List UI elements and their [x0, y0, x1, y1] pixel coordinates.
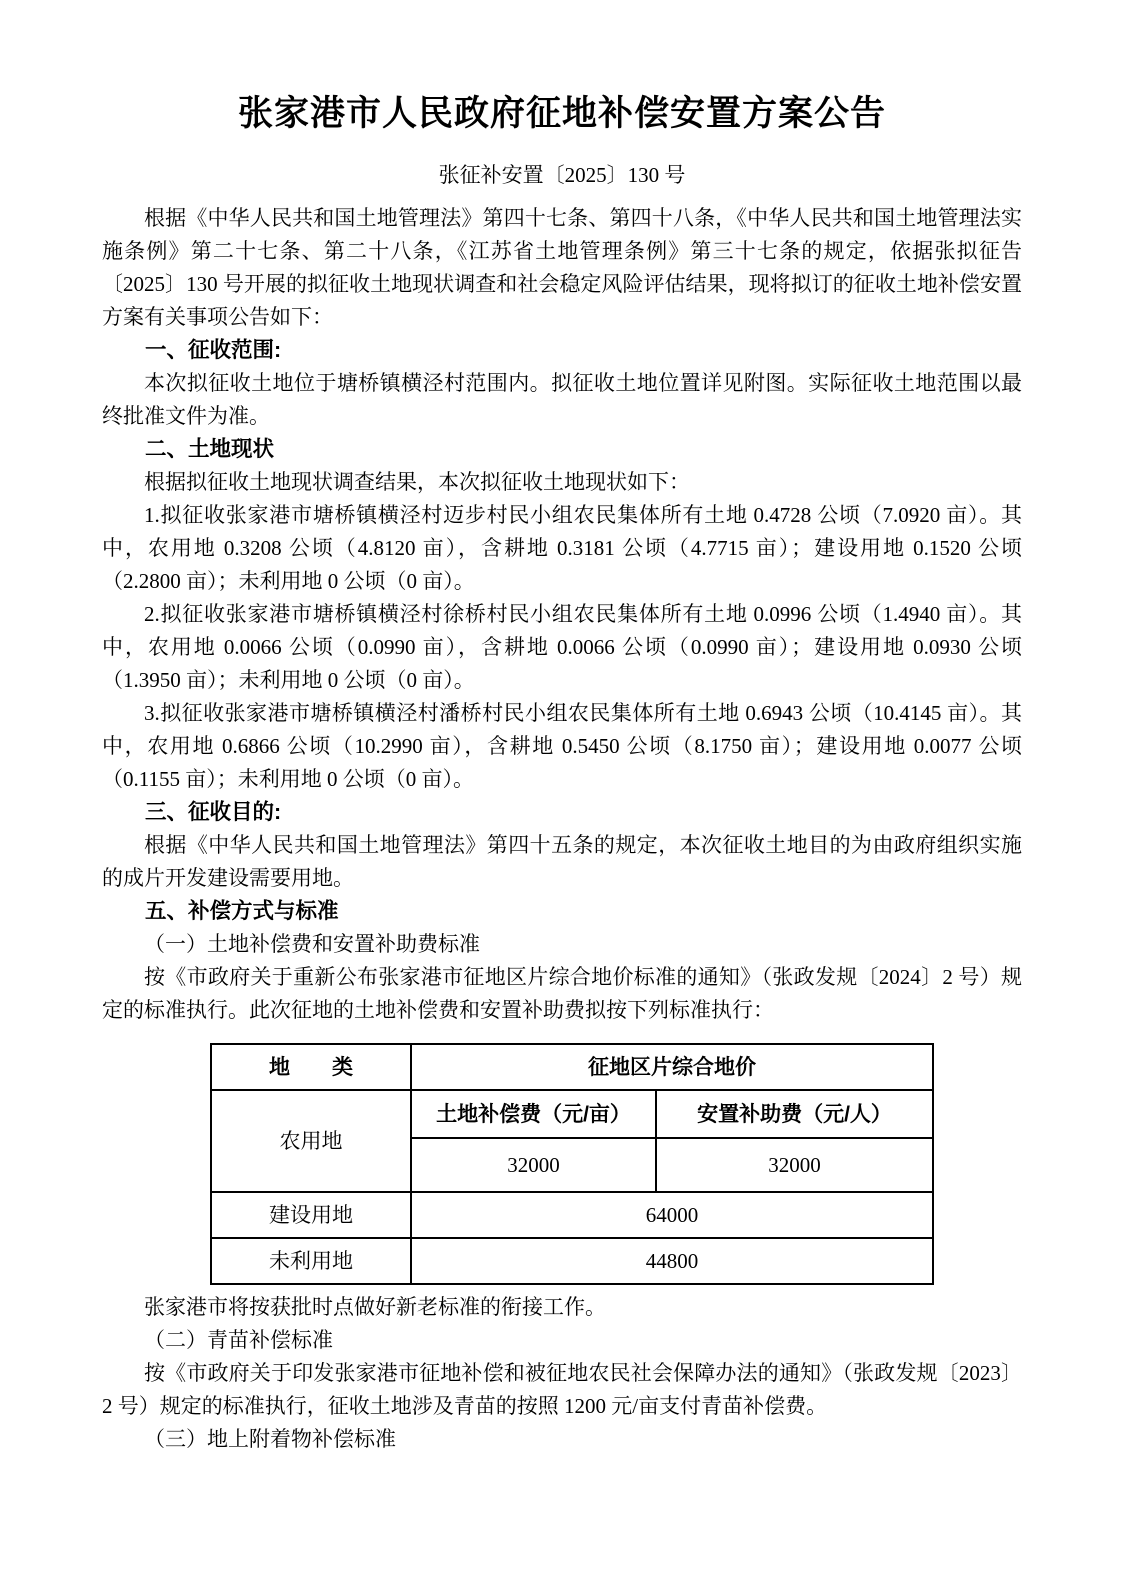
- paragraph-status-item-3: 3.拟征收张家港市塘桥镇横泾村潘桥村民小组农民集体所有土地 0.6943 公顷（…: [102, 697, 1022, 796]
- table-cell-unused-value: 44800: [411, 1238, 933, 1284]
- heading-scope: 一、征收范围:: [102, 334, 1022, 367]
- document-page: 张家港市人民政府征地补偿安置方案公告 张征补安置〔2025〕130 号 根据《中…: [0, 0, 1122, 1587]
- table-header-land-type: 地 类: [211, 1044, 411, 1090]
- table-header-land-compensation: 土地补偿费（元/亩）: [411, 1090, 656, 1138]
- table-header-comprehensive-price: 征地区片综合地价: [411, 1044, 933, 1090]
- paragraph-status-item-1: 1.拟征收张家港市塘桥镇横泾村迈步村民小组农民集体所有土地 0.4728 公顷（…: [102, 499, 1022, 598]
- paragraph-scope: 本次拟征收土地位于塘桥镇横泾村范围内。拟征收土地位置详见附图。实际征收土地范围以…: [102, 367, 1022, 433]
- paragraph-seedling: 按《市政府关于印发张家港市征地补偿和被征地农民社会保障办法的通知》（张政发规〔2…: [102, 1357, 1022, 1423]
- paragraph-status-item-2: 2.拟征收张家港市塘桥镇横泾村徐桥村民小组农民集体所有土地 0.0996 公顷（…: [102, 598, 1022, 697]
- subheading-land-fee: （一）土地补偿费和安置补助费标准: [102, 928, 1022, 961]
- subheading-attachments: （三）地上附着物补偿标准: [102, 1423, 1022, 1456]
- table-cell-agricultural-resettle: 32000: [656, 1138, 933, 1192]
- table-row-subheader: 农用地 土地补偿费（元/亩） 安置补助费（元/人）: [211, 1090, 933, 1138]
- paragraph-intro: 根据《中华人民共和国土地管理法》第四十七条、第四十八条，《中华人民共和国土地管理…: [102, 202, 1022, 334]
- table-row-unused: 未利用地 44800: [211, 1238, 933, 1284]
- document-content: 张家港市人民政府征地补偿安置方案公告 张征补安置〔2025〕130 号 根据《中…: [0, 0, 1122, 1456]
- heading-purpose: 三、征收目的:: [102, 796, 1022, 829]
- paragraph-standard-transition: 张家港市将按获批时点做好新老标准的衔接工作。: [102, 1291, 1022, 1324]
- heading-compensation: 五、补偿方式与标准: [102, 895, 1022, 928]
- document-title: 张家港市人民政府征地补偿安置方案公告: [102, 92, 1022, 136]
- compensation-standard-table: 地 类 征地区片综合地价 农用地 土地补偿费（元/亩） 安置补助费（元/人） 3…: [210, 1043, 934, 1285]
- table-row-construction: 建设用地 64000: [211, 1192, 933, 1238]
- paragraph-purpose: 根据《中华人民共和国土地管理法》第四十五条的规定，本次征收土地目的为由政府组织实…: [102, 829, 1022, 895]
- table-row-header: 地 类 征地区片综合地价: [211, 1044, 933, 1090]
- document-number: 张征补安置〔2025〕130 号: [102, 162, 1022, 188]
- table-cell-agricultural-label: 农用地: [211, 1090, 411, 1192]
- paragraph-land-fee: 按《市政府关于重新公布张家港市征地区片综合地价标准的通知》（张政发规〔2024〕…: [102, 961, 1022, 1027]
- table-header-resettlement-subsidy: 安置补助费（元/人）: [656, 1090, 933, 1138]
- subheading-seedling: （二）青苗补偿标准: [102, 1324, 1022, 1357]
- table-cell-construction-value: 64000: [411, 1192, 933, 1238]
- table-cell-unused-label: 未利用地: [211, 1238, 411, 1284]
- heading-land-status: 二、土地现状: [102, 433, 1022, 466]
- paragraph-status-intro: 根据拟征收土地现状调查结果，本次拟征收土地现状如下：: [102, 466, 1022, 499]
- document-body: 根据《中华人民共和国土地管理法》第四十七条、第四十八条，《中华人民共和国土地管理…: [102, 202, 1022, 1456]
- table-cell-construction-label: 建设用地: [211, 1192, 411, 1238]
- table-cell-agricultural-land-comp: 32000: [411, 1138, 656, 1192]
